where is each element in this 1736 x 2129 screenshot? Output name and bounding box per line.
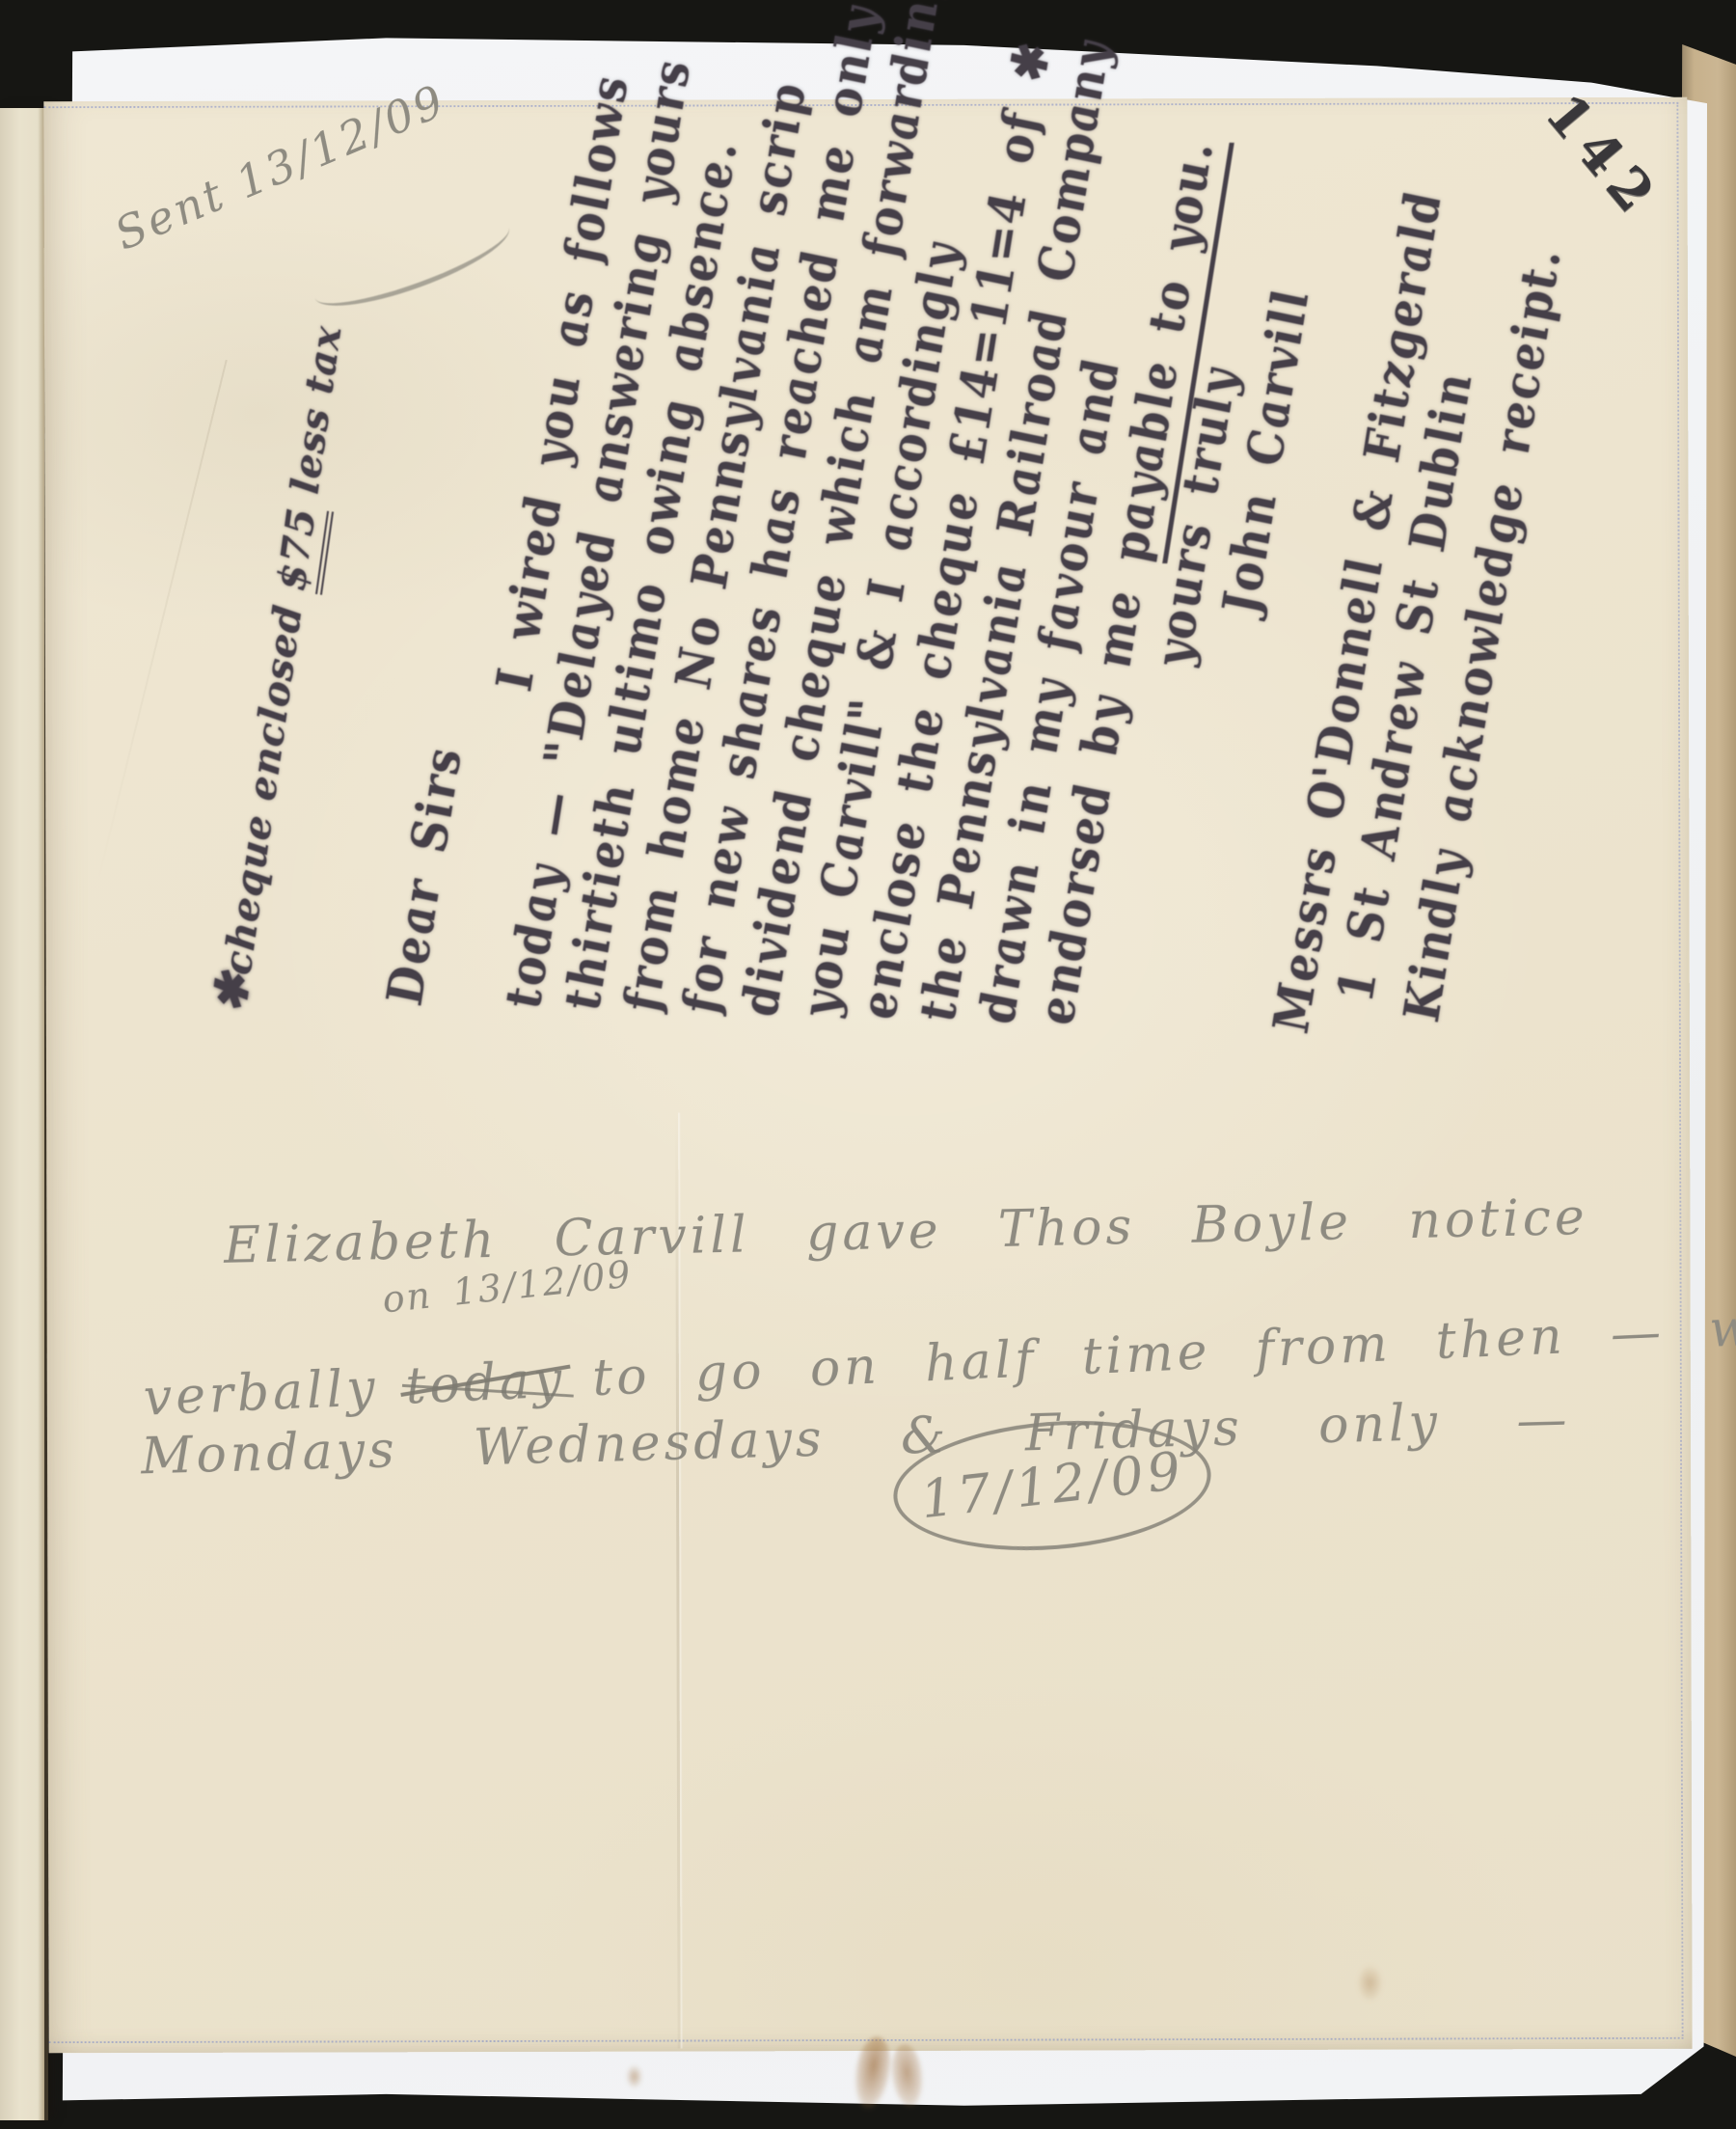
circled-date: 17/12/09 (918, 1445, 1187, 1527)
letter-body: Dear Sirs I wired you as follows today —… (375, 0, 1616, 1037)
reference-mark: ✱ (203, 970, 261, 1017)
foxing-stain (1356, 1964, 1383, 2003)
memo-line2-start: verbally (143, 1359, 380, 1428)
letterbook-page-photo: 142 Sent 13/12/09 ✱cheque enclosed $75 l… (0, 0, 1736, 2129)
cheque-amount: $75 (268, 505, 333, 594)
foxing-stain (626, 2064, 643, 2089)
previous-page-edge (0, 108, 48, 2120)
struck-word: today (404, 1351, 566, 1418)
